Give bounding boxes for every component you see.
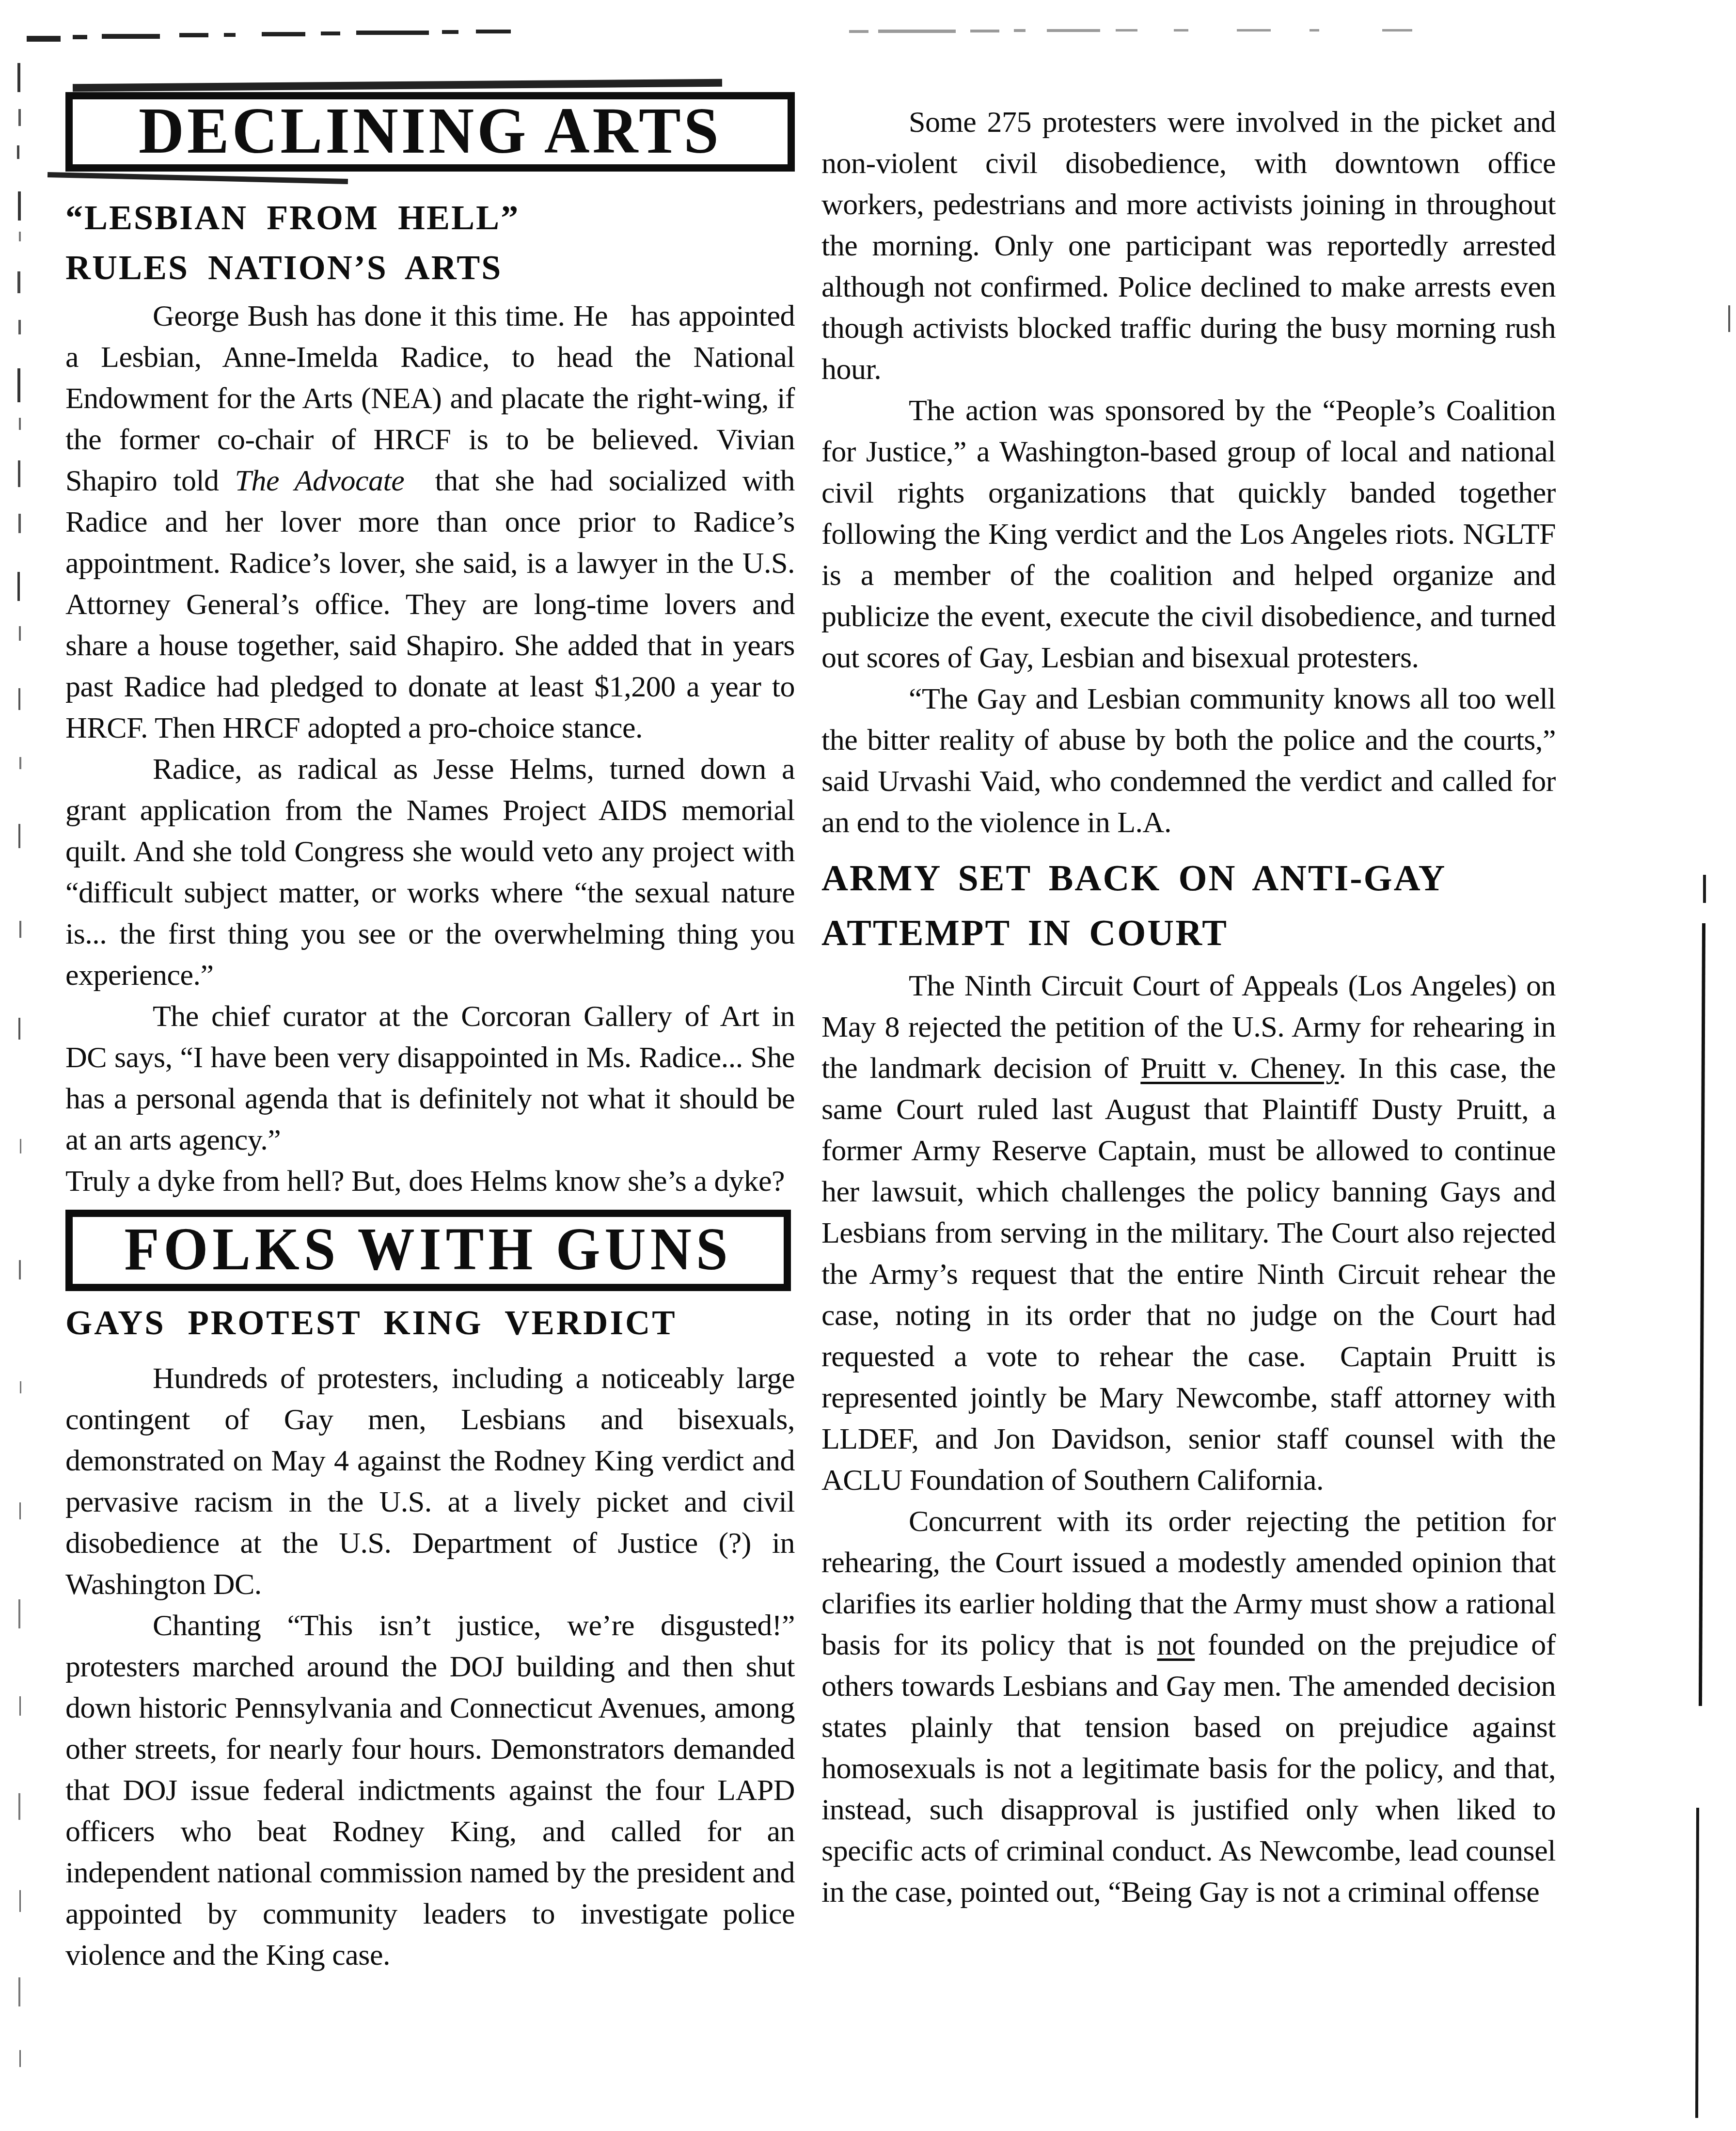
article-body-pruitt-v-cheney: The Ninth Circuit Court of Appeals (Los … [821,965,1556,1913]
banner-title: DECLINING ARTS [73,98,788,164]
text-run: “The Gay and Lesbian community knows all… [821,682,1556,839]
headline-line: ARMY SET BACK ON ANTI-GAY [821,851,1556,906]
section-banner-declining-arts: DECLINING ARTS [65,92,795,172]
headline-line: ATTEMPT IN COURT [821,906,1556,961]
paragraph: The action was sponsored by the “People’… [821,390,1556,679]
article-body-king-protest: Hundreds of protesters, including a noti… [65,1358,795,1976]
paragraph: The chief curator at the Corcoran Galler… [65,996,795,1161]
paragraph: George Bush has done it this time. He ha… [65,296,795,749]
section-banner-folks-with-guns: FOLKS WITH GUNS [65,1210,791,1291]
paragraph: Hundreds of protesters, including a noti… [65,1358,795,1605]
text-run: . In this case, the same Court ruled las… [821,1052,1556,1497]
headline-line: RULES NATION’S ARTS [65,243,795,293]
headline-line: “LESBIAN FROM HELL” [65,193,795,243]
paragraph: Some 275 protesters were involved in the… [821,102,1556,390]
banner-title: FOLKS WITH GUNS [73,1215,784,1284]
paragraph: Radice, as radical as Jesse Helms, turne… [65,749,795,996]
text-run: not [1157,1628,1195,1661]
left-column: DECLINING ARTS “LESBIAN FROM HELL” RULES… [65,92,795,1976]
paragraph: “The Gay and Lesbian community knows all… [821,679,1556,843]
text-run: Radice, as radical as Jesse Helms, turne… [65,753,795,992]
text-run: Truly a dyke from hell? But, does Helms … [65,1165,785,1198]
text-run: Hundreds of protesters, including a noti… [65,1362,795,1601]
paragraph: Concurrent with its order rejecting the … [821,1501,1556,1913]
paragraph: Truly a dyke from hell? But, does Helms … [65,1161,795,1202]
text-run: Chanting “This isn’t justice, we’re disg… [65,1609,795,1972]
article-headline-lesbian-from-hell: “LESBIAN FROM HELL” RULES NATION’S ARTS [65,193,795,293]
text-run: The action was sponsored by the “People’… [821,394,1556,674]
article-headline-army-set-back: ARMY SET BACK ON ANTI-GAY ATTEMPT IN COU… [821,851,1556,961]
text-run: The chief curator at the Corcoran Galler… [65,1000,795,1156]
newsletter-page: DECLINING ARTS “LESBIAN FROM HELL” RULES… [0,0,1736,2131]
text-run: that she had socialized with Radice and … [65,464,795,744]
text-run: The Advocate [235,464,404,497]
text-run: Pruitt v. Cheney [1140,1052,1339,1085]
text-run: founded on the prejudice of others towar… [821,1628,1556,1909]
article-headline-gays-protest-king-verdict: GAYS PROTEST KING VERDICT [65,1302,795,1344]
article-body-nea: George Bush has done it this time. He ha… [65,296,795,1202]
paragraph: Chanting “This isn’t justice, we’re disg… [65,1605,795,1976]
paragraph: The Ninth Circuit Court of Appeals (Los … [821,965,1556,1501]
right-column: Some 275 protesters were involved in the… [821,102,1556,1913]
article-body-king-protest-continued: Some 275 protesters were involved in the… [821,102,1556,843]
text-run: Some 275 protesters were involved in the… [821,106,1556,386]
